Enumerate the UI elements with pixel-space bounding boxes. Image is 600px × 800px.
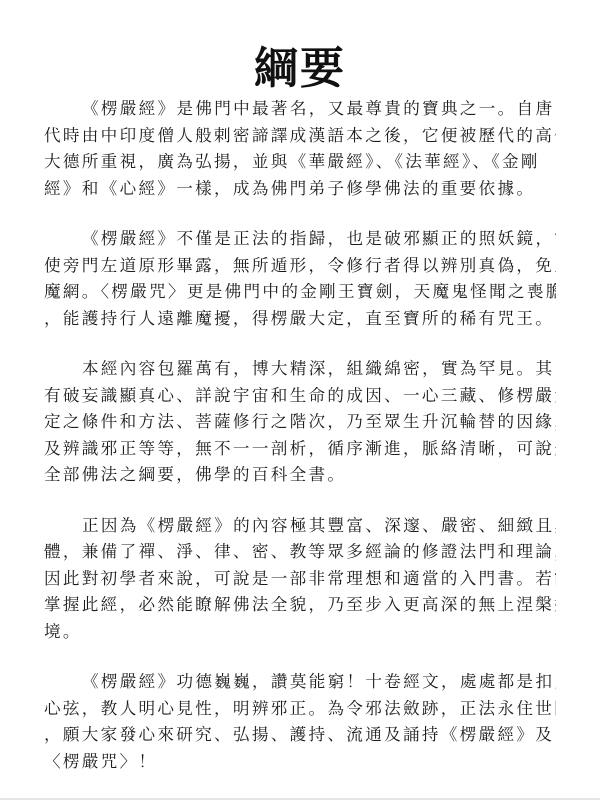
text-line: 全部佛法之綱要，佛學的百科全書。 [44,462,556,489]
text-line: 代時由中印度僧人般剌密諦譯成漢語本之後，它便被歷代的高僧 [44,123,556,150]
text-line: 體，兼備了禪、淨、律、密、教等眾多經論的修證法門和理論， [44,539,556,566]
text-line: 使旁門左道原形畢露，無所遁形，令修行者得以辨別真偽，免墮 [44,253,556,280]
text-line: 及辨識邪正等等，無不一一剖析，循序漸進，脈絡清晰，可說是 [44,436,556,463]
text-line: 大德所重視，廣為弘揚，並與《華嚴經》、《法華經》、《金剛 [44,149,556,176]
text-line: 心弦，教人明心見性，明辨邪正。為令邪法斂跡，正法永住世間 [44,696,556,723]
paragraph-4: 正因為《楞嚴經》的內容極其豐富、深邃、嚴密、細緻且具 體，兼備了禪、淨、律、密、… [44,513,556,646]
page-title: 綱要 [0,39,600,99]
text-line: 正因為《楞嚴經》的內容極其豐富、深邃、嚴密、細緻且具 [44,513,556,540]
paragraph-5: 《楞嚴經》功德巍巍，讚莫能窮！十卷經文，處處都是扣人 心弦，教人明心見性，明辨邪… [44,669,556,775]
paragraph-3: 本經內容包羅萬有，博大精深，組織綿密，實為罕見。其中 有破妄識顯真心、詳說宇宙和… [44,356,556,489]
text-line: 定之條件和方法、菩薩修行之階次，乃至眾生升沉輪替的因緣， [44,409,556,436]
text-line: 魔網。〈楞嚴咒〉更是佛門中的金剛王寶劍，天魔鬼怪聞之喪膽 [44,279,556,306]
text-line: 〈楞嚴咒〉！ [44,749,556,776]
text-line: 境。 [44,619,556,646]
text-line: 掌握此經，必然能瞭解佛法全貌，乃至步入更高深的無上涅槃妙 [44,592,556,619]
text-line: 本經內容包羅萬有，博大精深，組織綿密，實為罕見。其中 [44,356,556,383]
paragraph-2: 《楞嚴經》不僅是正法的指歸，也是破邪顯正的照妖鏡，能 使旁門左道原形畢露，無所遁… [44,226,556,332]
text-line: 《楞嚴經》是佛門中最著名，又最尊貴的寶典之一。自唐 [44,96,556,123]
text-line: 有破妄識顯真心、詳說宇宙和生命的成因、一心三藏、修楞嚴大 [44,383,556,410]
document-body: 《楞嚴經》是佛門中最著名，又最尊貴的寶典之一。自唐 代時由中印度僧人般剌密諦譯成… [44,96,556,799]
text-line: ，能護持行人遠離魔擾，得楞嚴大定，直至寶所的稀有咒王。 [44,306,556,333]
text-line: 因此對初學者來說，可說是一部非常理想和適當的入門書。若能 [44,566,556,593]
text-line: 《楞嚴經》不僅是正法的指歸，也是破邪顯正的照妖鏡，能 [44,226,556,253]
text-line: ，願大家發心來研究、弘揚、護持、流通及誦持《楞嚴經》及 [44,722,556,749]
text-line: 《楞嚴經》功德巍巍，讚莫能窮！十卷經文，處處都是扣人 [44,669,556,696]
text-line: 經》和《心經》一樣，成為佛門弟子修學佛法的重要依據。 [44,176,556,203]
paragraph-1: 《楞嚴經》是佛門中最著名，又最尊貴的寶典之一。自唐 代時由中印度僧人般剌密諦譯成… [44,96,556,202]
document-page: 綱要 《楞嚴經》是佛門中最著名，又最尊貴的寶典之一。自唐 代時由中印度僧人般剌密… [0,0,600,800]
